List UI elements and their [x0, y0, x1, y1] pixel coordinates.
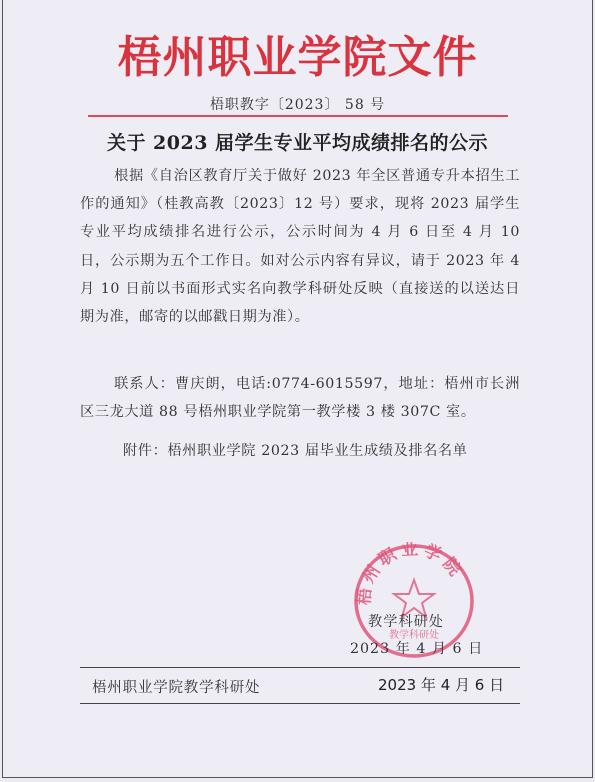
footer-date: 2023 年 4 月 6 日	[378, 674, 504, 695]
footer-divider-bottom	[80, 703, 520, 704]
footer-divider-top	[80, 667, 520, 668]
document-title: 关于 2023 届学生专业平均成绩排名的公示	[0, 128, 595, 155]
document-number: 梧职教字〔2023〕 58 号	[0, 94, 595, 114]
header-divider	[88, 115, 508, 117]
body-paragraph-contact: 联系人：曹庆朗，电话:0774-6015597，地址：梧州市长洲区三龙大道 88…	[80, 370, 520, 426]
org-header-title: 梧州职业学院文件	[0, 28, 595, 88]
body-paragraph-notice: 根据《自治区教育厅关于做好 2023 年全区普通专升本招生工作的通知》（桂教高教…	[80, 162, 520, 331]
signature-department: 教学科研处	[368, 611, 444, 631]
footer-issuer: 梧州职业学院教学科研处	[92, 676, 260, 697]
signature-date: 2023 年 4 月 6 日	[350, 638, 483, 658]
svg-text:梧州职业学院: 梧州职业学院	[353, 542, 467, 606]
attachment-line: 附件：梧州职业学院 2023 届毕业生成绩及排名名单	[123, 440, 467, 460]
